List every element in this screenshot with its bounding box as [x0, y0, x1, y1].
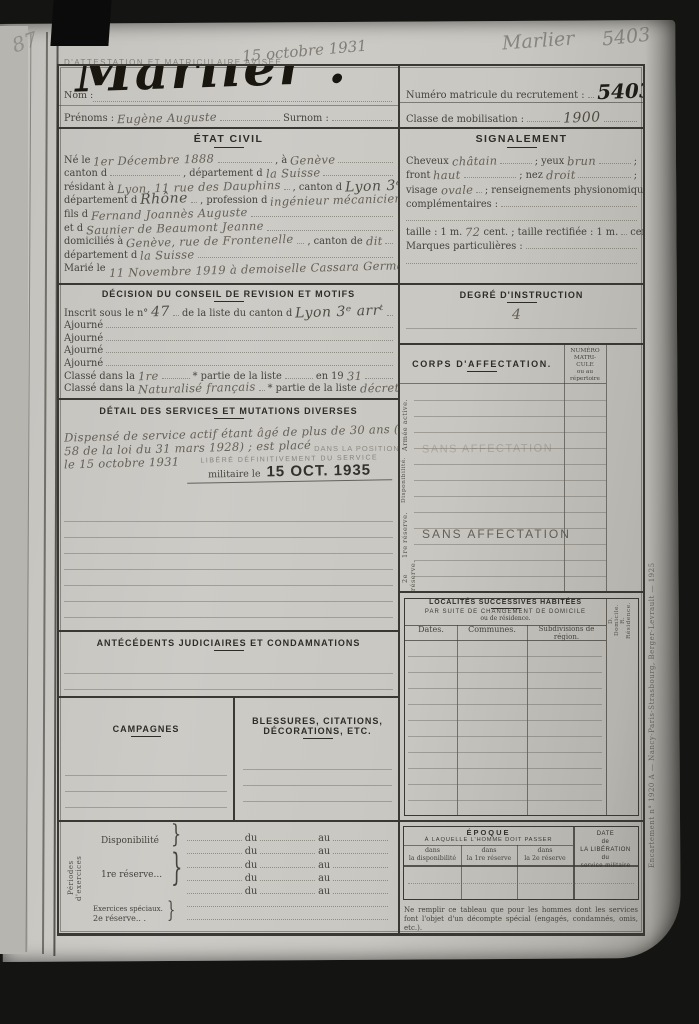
dotted-rule	[578, 176, 630, 178]
epoque-col3-header: dans la 2e réserve	[517, 847, 573, 863]
corps-numero-header: NUMÉRO MATRI- CULE ou au répertoire	[564, 348, 606, 383]
epoque-col2-header: dans la 1re réserve	[461, 847, 517, 863]
printer-imprint: Encartement n° 1920 A — Nancy-Paris-Stra…	[648, 560, 656, 870]
dotted-rule	[333, 866, 388, 868]
printed-label: au	[318, 846, 330, 857]
matricule-row: Numéro matricule du recrutement :5403.	[406, 76, 637, 100]
form-line: visageovale; renseignements physionomiqu…	[406, 180, 637, 194]
handwritten-value: 1er Décembre 1888	[93, 151, 214, 168]
localites-dr-column-label: D. Domicile. R. Résidence.	[608, 601, 636, 639]
printed-label: au	[318, 873, 330, 884]
liberation-stamp-date: 15 OCT. 1935	[266, 462, 371, 481]
epq-vline	[517, 845, 518, 899]
corps-col-line	[606, 345, 607, 591]
dotted-rule	[526, 247, 637, 249]
dotted-rule	[501, 205, 637, 207]
dotted-rule	[599, 162, 631, 164]
dotted-rule	[187, 918, 388, 920]
dotted-rule	[333, 892, 388, 894]
campagnes-rules	[65, 760, 227, 812]
printed-label: au	[318, 860, 330, 871]
localites-header: LOCALITÉS SUCCESSIVES HABITÉES PAR SUITE…	[405, 599, 606, 626]
dotted-rule	[260, 892, 315, 894]
form-line: Marques particulières :	[406, 237, 637, 251]
printed-label: cent.	[630, 227, 643, 238]
blessures-rules	[243, 754, 392, 812]
epoque-footnote: Ne remplir ce tableau que pour les homme…	[404, 906, 638, 932]
form-line: duau	[187, 883, 388, 896]
loc-vline	[606, 599, 607, 815]
decision-section: DÉCISION DU CONSEIL DE REVISION ET MOTIF…	[59, 285, 398, 400]
form-line: duau	[187, 870, 388, 883]
brace-glyph: }	[167, 899, 175, 925]
printed-label: Ajourné	[64, 320, 103, 331]
printed-label: Cheveux	[406, 156, 449, 167]
corps-section: CORPS D'AFFECTATION. NUMÉRO MATRI- CULE …	[400, 345, 643, 593]
handwritten-value: 5403.	[596, 78, 643, 104]
handwritten-value: Lyon 3ᵉ arrᵗ	[295, 302, 384, 321]
printed-label: du	[245, 873, 258, 884]
campagnes-cell: CAMPAGNES	[59, 698, 235, 822]
epq-hline	[404, 845, 573, 846]
campagnes-title: CAMPAGNES	[59, 724, 233, 737]
printed-label: ; renseignements physionomiques	[485, 185, 643, 196]
printed-label: , à	[275, 155, 287, 166]
dotted-rule	[218, 161, 273, 163]
printed-label: Marques particulières :	[406, 241, 523, 252]
form-line: résidant àLyon, 11 rue des Dauphins, can…	[64, 178, 393, 192]
form-line: Dispensé de service actif étant âgé de p…	[64, 423, 393, 438]
instruction-section: DEGRÉ D'INSTRUCTION 4	[400, 285, 643, 345]
signalement-lines: Cheveuxchâtain; yeuxbrun;fronthaut; nezd…	[406, 152, 637, 266]
etat-civil-lines: Né le1er Décembre 1888, àGenèvecanton d,…	[64, 151, 393, 273]
signalement-title: SIGNALEMENT	[406, 133, 637, 148]
handwritten-value: 47	[151, 303, 170, 320]
handwritten-value: le 15 octobre 1931	[64, 454, 180, 471]
dotted-rule	[387, 314, 393, 316]
header-right-cell: Numéro matricule du recrutement :5403. C…	[400, 66, 643, 129]
form-line: Cheveuxchâtain; yeuxbrun;	[406, 152, 637, 166]
handwritten-value: droit	[546, 168, 576, 183]
dotted-rule	[365, 377, 393, 379]
dotted-rule	[110, 174, 180, 176]
printed-label: ;	[634, 156, 637, 167]
printed-label: Ajourné	[64, 345, 103, 356]
dotted-rule	[297, 242, 305, 244]
dotted-rule	[588, 96, 594, 98]
services-title: DÉTAIL DES SERVICES ET MUTATIONS DIVERSE…	[64, 406, 393, 419]
printed-label: , canton d	[293, 182, 342, 193]
printed-label: au	[318, 833, 330, 844]
form-line	[187, 896, 388, 909]
corps-group-armee-active: Armée active.	[401, 393, 409, 457]
form-line: duau	[187, 830, 388, 843]
liberation-stamp-line2: militaire le	[208, 469, 261, 481]
dotted-rule	[187, 839, 242, 841]
printed-label: ; yeux	[535, 156, 565, 167]
handwritten-value: Naturalisé français	[138, 380, 256, 397]
liberation-stamp: LIBÉRÉ DÉFINITIVEMENT DU SERVICE militai…	[187, 454, 392, 484]
form-line: Ajourné	[64, 343, 393, 356]
form-line	[406, 251, 637, 265]
printed-label: , canton de	[307, 236, 362, 247]
dotted-rule	[527, 120, 560, 122]
dotted-rule	[333, 839, 388, 841]
form-line: Classé dans la1re* partie de la listeen …	[64, 368, 393, 381]
corps-title: CORPS D'AFFECTATION.	[400, 359, 564, 372]
printed-label: cent. ; taille rectifiée : 1 m.	[484, 227, 619, 238]
antecedents-rules	[64, 658, 393, 692]
printed-label: du	[245, 860, 258, 871]
dotted-rule	[187, 879, 242, 881]
sans-affectation-stamp: Sans affectation	[422, 527, 571, 541]
printed-label: front	[406, 170, 430, 181]
form-line: duau	[187, 843, 388, 856]
printed-label: département d	[64, 195, 137, 206]
epq-vline	[573, 827, 575, 899]
header-right-rule	[400, 102, 643, 103]
antecedents-section: ANTÉCÉDENTS JUDICIAIRES ET CONDAMNATIONS	[59, 632, 398, 698]
epoque-body-rule	[408, 883, 634, 884]
stamp-text: dans la position « Sans affectation »	[314, 444, 398, 453]
dotted-rule	[106, 364, 393, 366]
localites-body-rules	[408, 641, 602, 813]
periodes-side-label: Périodes d'exercices	[67, 840, 83, 916]
printed-label: Prénoms :	[64, 113, 114, 124]
printed-label: Numéro matricule du recrutement :	[406, 90, 585, 101]
printed-label: résidant à	[64, 182, 114, 193]
corps-body-rules	[414, 385, 606, 585]
printed-label: canton d	[64, 168, 107, 179]
dotted-rule	[464, 176, 516, 178]
group-reserve1-label: 1re réserve...	[101, 870, 162, 880]
group-exercices-label: Exercices spéciaux.	[93, 905, 163, 913]
header-thin-rule	[59, 105, 398, 106]
handwritten-value: ovale	[440, 182, 473, 197]
form-line	[406, 209, 637, 223]
printed-label: Ajourné	[64, 333, 103, 344]
corps-group-reserve2: 2e réserve.	[401, 567, 417, 591]
form-line: Ajourné	[64, 330, 393, 343]
printed-label: ; nez	[519, 170, 543, 181]
printed-label: Ajourné	[64, 358, 103, 369]
dotted-rule	[333, 879, 388, 881]
header-left-cell: Marlier . Nom : Prénoms :Eugène AugusteS…	[59, 66, 398, 129]
periodes-lines: duauduauduauduauduau	[187, 830, 388, 922]
printed-label: Surnom :	[283, 113, 329, 124]
form-line	[187, 909, 388, 922]
epoque-col1-header: dans la disponibilité	[404, 847, 461, 863]
dotted-rule	[187, 892, 242, 894]
form-line: Ajourné	[64, 355, 393, 368]
form-line: Prénoms :Eugène AugusteSurnom :	[64, 109, 392, 123]
etat-civil-title: ÉTAT CIVIL	[64, 133, 393, 148]
decision-lines: Inscrit sous le n°47de la liste du canto…	[64, 305, 393, 393]
form-line: fils dFernand Joannès Auguste	[64, 205, 393, 219]
previous-page-edge	[0, 26, 28, 954]
campagnes-blessures-section: CAMPAGNES BLESSURES, CITATIONS, DÉCORATI…	[59, 698, 398, 822]
dotted-rule	[260, 879, 315, 881]
group-reserve2-label: 2e réserve.. .	[93, 914, 146, 923]
printed-label: du	[245, 833, 258, 844]
dotted-rule	[604, 120, 637, 122]
handwritten-value: brun	[567, 154, 596, 169]
form-line: Classe de mobilisation :1900	[406, 108, 637, 124]
col-subdivisions: Subdivisions de région.	[527, 625, 606, 640]
scanned-military-record: 87 d'attestation et matriculaire avisée …	[0, 0, 699, 1024]
printed-label: du	[245, 846, 258, 857]
corps-header-rule	[400, 383, 606, 384]
brace-glyph: }	[171, 846, 182, 890]
localites-title1: LOCALITÉS SUCCESSIVES HABITÉES	[405, 599, 606, 609]
col-dates: Dates.	[405, 625, 457, 640]
handwritten-value: haut	[433, 168, 461, 183]
printed-label: complémentaires :	[406, 199, 498, 210]
printed-label: en 19	[316, 371, 344, 382]
handwritten-value: Eugène Auguste	[117, 110, 217, 127]
epoque-title2: À LAQUELLE L'HOMME DOIT PASSER	[404, 837, 573, 843]
handwritten-value: la Suisse	[140, 247, 195, 262]
dotted-rule	[220, 119, 280, 121]
dotted-rule	[406, 262, 637, 264]
epq-vline	[461, 845, 462, 899]
dotted-rule	[162, 377, 190, 379]
form-line: département dla Suisse	[64, 246, 393, 260]
dotted-rule	[106, 351, 393, 353]
dotted-rule	[173, 314, 179, 316]
form-line: Marié le11 Novembre 1919 à demoiselle Ca…	[64, 260, 393, 274]
services-empty-rules	[64, 506, 393, 624]
group-disponibilite-label: Disponibilité	[101, 836, 159, 846]
prenoms-row: Prénoms :Eugène AugusteSurnom :	[64, 109, 392, 123]
sans-affectation-stamp-faint: Sans affectation	[422, 442, 553, 455]
form-line: duau	[187, 856, 388, 869]
handwritten-value: 72	[465, 225, 481, 239]
dotted-rule	[106, 326, 393, 328]
dotted-rule	[106, 339, 393, 341]
dotted-rule	[260, 852, 315, 854]
dotted-rule	[621, 233, 627, 235]
printed-label: Né le	[64, 155, 90, 166]
dotted-rule	[338, 161, 393, 163]
form-line: taille : 1 m.72cent. ; taille rectifiée …	[406, 223, 637, 237]
printed-label: Classé dans la	[64, 371, 135, 382]
form-frame: Marlier . Nom : Prénoms :Eugène AugusteS…	[57, 64, 645, 936]
printed-label: visage	[406, 185, 438, 196]
localites-box: LOCALITÉS SUCCESSIVES HABITÉES PAR SUITE…	[404, 598, 639, 816]
dotted-rule	[332, 119, 392, 121]
handwritten-value: 1re	[138, 368, 159, 383]
form-line: Numéro matricule du recrutement :5403.	[406, 76, 637, 100]
dotted-rule	[187, 852, 242, 854]
dotted-rule	[333, 852, 388, 854]
periodes-section: Périodes d'exercices Disponibilité 1re r…	[59, 822, 398, 932]
services-section: DÉTAIL DES SERVICES ET MUTATIONS DIVERSE…	[59, 400, 398, 632]
form-line: département dRhône, profession dingénieu…	[64, 192, 393, 206]
dotted-rule	[284, 188, 290, 190]
dotted-rule	[260, 866, 315, 868]
dotted-rule	[285, 377, 313, 379]
printed-label: taille : 1 m.	[406, 227, 462, 238]
printed-label: * partie de la liste	[268, 383, 357, 394]
corps-group-reserve1: 1re réserve.	[401, 507, 409, 563]
signalement-section: SIGNALEMENT Cheveuxchâtain; yeuxbrun;fro…	[400, 129, 643, 285]
dotted-rule	[251, 215, 393, 217]
dotted-rule	[260, 839, 315, 841]
printed-label: et d	[64, 223, 83, 234]
surname-script: Marlier .	[74, 66, 396, 105]
blessures-cell: BLESSURES, CITATIONS, DÉCORATIONS, ETC.	[237, 698, 398, 822]
printed-label: Marié le	[64, 263, 106, 274]
epoque-section: ÉPOQUE À LAQUELLE L'HOMME DOIT PASSER da…	[400, 822, 643, 932]
classe-row: Classe de mobilisation :1900	[406, 108, 637, 124]
dotted-rule	[476, 191, 482, 193]
dotted-rule	[259, 389, 265, 391]
printed-label: du	[245, 886, 258, 897]
printed-label: ;	[634, 170, 637, 181]
dotted-rule	[267, 229, 393, 231]
epq-hline-heavy	[404, 865, 638, 867]
dotted-rule	[323, 174, 393, 176]
handwritten-value: Rhône	[140, 191, 188, 209]
col-communes: Communes.	[457, 625, 527, 640]
printed-label: Classe de mobilisation :	[406, 114, 524, 125]
form-line: Classé dans laNaturalisé français* parti…	[64, 381, 393, 394]
handwritten-value: 1900	[563, 109, 601, 126]
dotted-rule	[500, 162, 532, 164]
handwritten-value: dit	[366, 234, 383, 248]
antecedents-title: ANTÉCÉDENTS JUDICIAIRES ET CONDAMNATIONS	[64, 638, 393, 651]
dotted-rule	[187, 866, 242, 868]
form-line: fronthaut; nezdroit;	[406, 166, 637, 180]
dotted-rule	[187, 905, 388, 907]
etat-civil-section: ÉTAT CIVIL Né le1er Décembre 1888, àGenè…	[59, 129, 398, 285]
decision-title: DÉCISION DU CONSEIL DE REVISION ET MOTIF…	[64, 289, 393, 302]
localites-title3: ou de résidence.	[405, 615, 606, 622]
form-line: Né le1er Décembre 1888, àGenève	[64, 151, 393, 165]
dotted-rule	[191, 201, 197, 203]
dotted-rule	[198, 256, 393, 258]
printed-label: domiciliés à	[64, 236, 123, 247]
printed-label: département d	[64, 250, 137, 261]
form-line: Inscrit sous le n°47de la liste du canto…	[64, 305, 393, 318]
localites-section: LOCALITÉS SUCCESSIVES HABITÉES PAR SUITE…	[400, 593, 643, 822]
page-tear-shadow	[50, 0, 111, 46]
corps-group-disponibilite: Disponibilité.	[401, 463, 407, 503]
epoque-box: ÉPOQUE À LAQUELLE L'HOMME DOIT PASSER da…	[403, 826, 639, 900]
blessures-title: BLESSURES, CITATIONS, DÉCORATIONS, ETC.	[237, 716, 398, 739]
printed-label: fils d	[64, 209, 88, 220]
handwritten-value: châtain	[452, 154, 498, 169]
dotted-rule	[385, 242, 393, 244]
dotted-rule	[406, 219, 637, 221]
epoque-title1: ÉPOQUE	[404, 828, 573, 837]
printed-label: , département d	[183, 168, 263, 179]
instruction-rules	[406, 313, 637, 339]
printed-label: au	[318, 886, 330, 897]
printed-label: Inscrit sous le n°	[64, 308, 148, 319]
brace-glyph: }	[171, 822, 181, 849]
localites-colheads: Dates. Communes. Subdivisions de région.	[405, 625, 606, 641]
printed-label: Classé dans la	[64, 383, 135, 394]
printed-label: de la liste du canton d	[182, 308, 292, 319]
instruction-title: DEGRÉ D'INSTRUCTION	[406, 290, 637, 303]
handwritten-value: décret	[360, 381, 398, 396]
